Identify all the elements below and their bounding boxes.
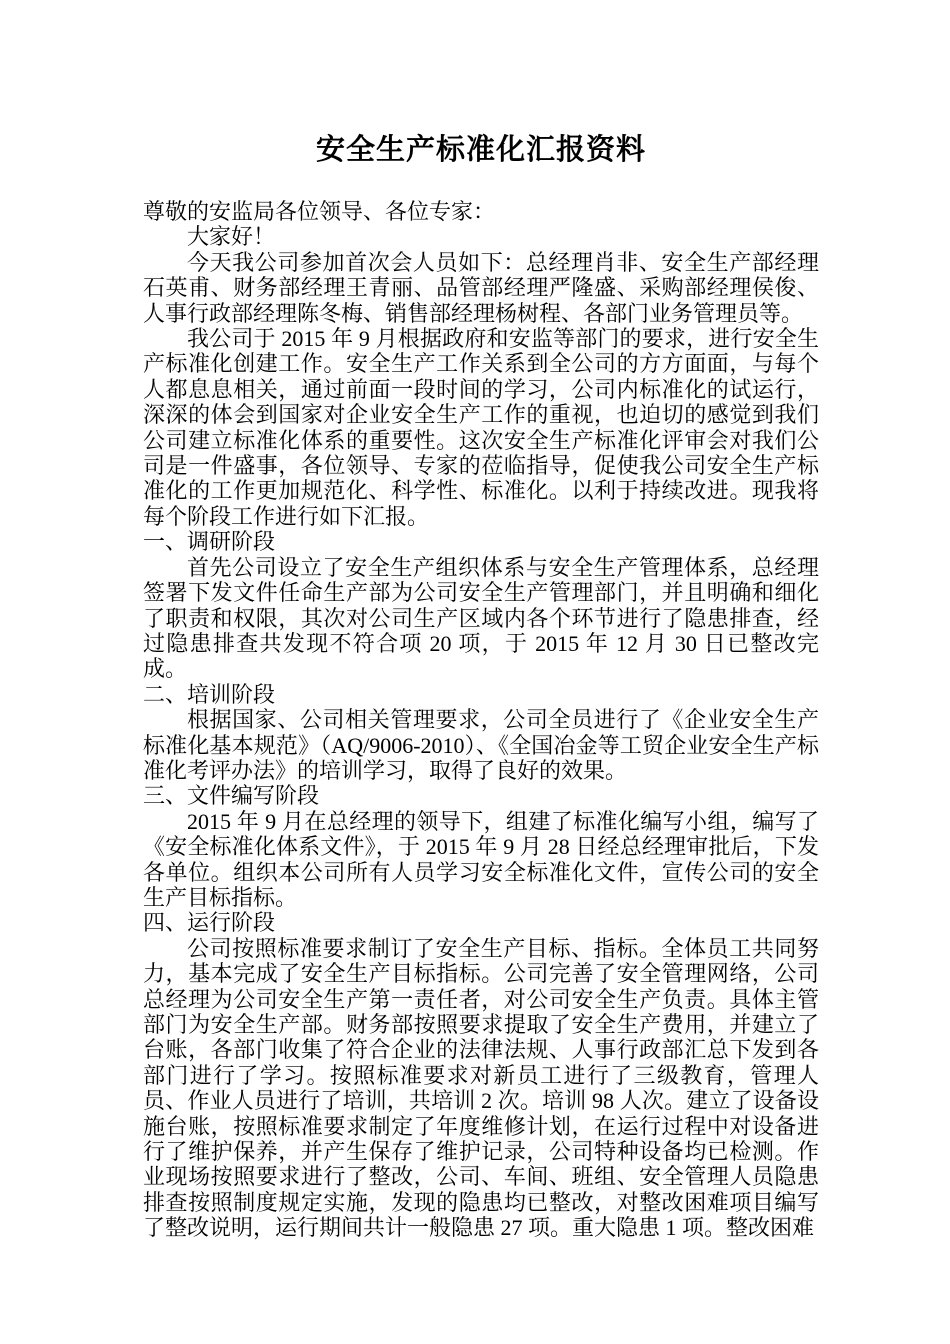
- paragraph: 首先公司设立了安全生产组织体系与安全生产管理体系，总经理签署下发文件任命生产部为…: [143, 555, 819, 682]
- document-body: 尊敬的安监局各位领导、各位专家：大家好！今天我公司参加首次会人员如下：总经理肖非…: [143, 199, 819, 1241]
- paragraph: 大家好！: [143, 224, 819, 249]
- paragraph: 公司按照标准要求制订了安全生产目标、指标。全体员工共同努力，基本完成了安全生产目…: [143, 936, 819, 1241]
- paragraph: 我公司于 2015 年 9 月根据政府和安监等部门的要求，进行安全生产标准化创建…: [143, 326, 819, 529]
- paragraph: 尊敬的安监局各位领导、各位专家：: [143, 199, 819, 224]
- section-heading: 三、文件编写阶段: [143, 783, 819, 808]
- section-heading: 四、运行阶段: [143, 910, 819, 935]
- document-page: 安全生产标准化汇报资料 尊敬的安监局各位领导、各位专家：大家好！今天我公司参加首…: [0, 0, 950, 1344]
- document-title: 安全生产标准化汇报资料: [143, 133, 819, 167]
- paragraph: 2015 年 9 月在总经理的领导下，组建了标准化编写小组，编写了《安全标准化体…: [143, 809, 819, 911]
- paragraph: 根据国家、公司相关管理要求，公司全员进行了《企业安全生产标准化基本规范》（AQ/…: [143, 707, 819, 783]
- paragraph: 今天我公司参加首次会人员如下：总经理肖非、安全生产部经理石英甫、财务部经理王青丽…: [143, 250, 819, 326]
- section-heading: 一、调研阶段: [143, 529, 819, 554]
- document-content: 安全生产标准化汇报资料 尊敬的安监局各位领导、各位专家：大家好！今天我公司参加首…: [143, 133, 819, 1241]
- section-heading: 二、培训阶段: [143, 682, 819, 707]
